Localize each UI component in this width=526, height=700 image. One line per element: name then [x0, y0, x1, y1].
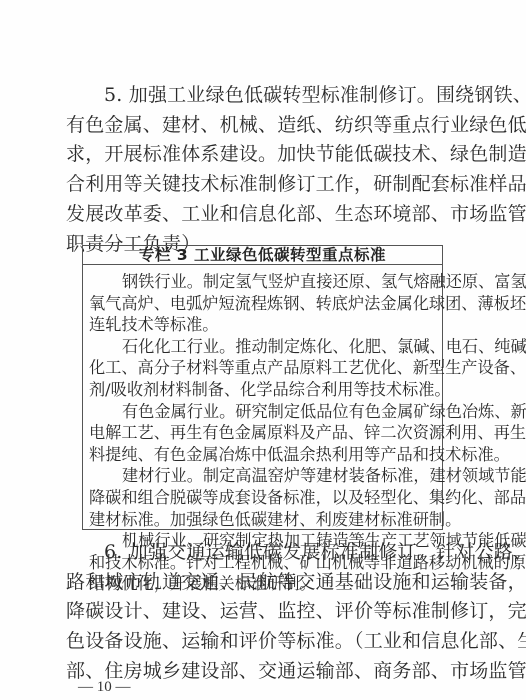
box-item-steel: 钢铁行业。制定氢气竖炉直接还原、氢气熔融还原、富氢高炉、 氧气高炉、电弧炉短流程… [89, 271, 436, 336]
paragraph-line: 5. 加强工业绿色低碳转型标准制修订。围绕钢铁、石化化工、 [66, 81, 454, 111]
paragraph-line: 色设备设施、运输和评价等标准。（工业和信息化部、生态环境 [66, 627, 454, 657]
item-line: 化工、高分子材料等重点产品原料工艺优化、新型生产设备、吸附 [89, 357, 436, 379]
item-line: 降碳和组合脱碳等成套设备标准，以及轻型化、集约化、部品化等 [89, 487, 436, 509]
paragraph-line: 6. 加强交通运输低碳发展标准制修订。针对公路、水运、铁 [66, 538, 454, 568]
item-line: 钢铁行业。制定氢气竖炉直接还原、氢气熔融还原、富氢高炉、 [89, 271, 436, 293]
paragraph-line: 合利用等关键技术标准制修订工作，研制配套标准样品。（国家 [66, 170, 454, 200]
paragraph-line: 求，开展标准体系建设。加快节能低碳技术、绿色制造、资源综 [66, 140, 454, 170]
item-line: 电解工艺、再生有色金属原料及产品、锌二次资源利用、再生硅原 [89, 422, 436, 444]
section-5-paragraph: 5. 加强工业绿色低碳转型标准制修订。围绕钢铁、石化化工、 有色金属、建材、机械… [66, 81, 454, 259]
item-line: 料提纯、有色金属冶炼中低温余热利用等产品和技术标准。 [89, 444, 436, 466]
box-item-petrochemical: 石化化工行业。推动制定炼化、化肥、氯碱、电石、纯碱、磷 化工、高分子材料等重点产… [89, 336, 436, 401]
paragraph-line: 发展改革委、工业和信息化部、生态环境部、市场监管总局等按 [66, 200, 454, 230]
item-line: 建材标准。加强绿色低碳建材、利废建材标准研制。 [89, 509, 436, 531]
item-line: 连轧技术等标准。 [89, 314, 436, 336]
paragraph-line: 路和城市轨道交通、民航等交通基础设施和运输装备，开展节能 [66, 568, 454, 598]
box-item-nonferrous-metals: 有色金属行业。研究制定低品位有色金属矿绿色冶炼、新型铝 电解工艺、再生有色金属原… [89, 401, 436, 466]
feature-box: 专栏 3 工业绿色低碳转型重点标准 钢铁行业。制定氢气竖炉直接还原、氢气熔融还原… [82, 245, 443, 530]
paragraph-line: 有色金属、建材、机械、造纸、纺织等重点行业绿色低碳转型要 [66, 111, 454, 141]
item-line: 剂/吸收剂材料制备、化学品综合利用等技术标准。 [89, 379, 436, 401]
section-6-paragraph: 6. 加强交通运输低碳发展标准制修订。针对公路、水运、铁 路和城市轨道交通、民航… [66, 538, 454, 687]
paragraph-line: 降碳设计、建设、运营、监控、评价等标准制修订，完善物流绿 [66, 597, 454, 627]
item-line: 有色金属行业。研究制定低品位有色金属矿绿色冶炼、新型铝 [89, 401, 436, 423]
item-line: 石化化工行业。推动制定炼化、化肥、氯碱、电石、纯碱、磷 [89, 336, 436, 358]
document-page: 5. 加强工业绿色低碳转型标准制修订。围绕钢铁、石化化工、 有色金属、建材、机械… [0, 0, 526, 700]
item-line: 氧气高炉、电弧炉短流程炼钢、转底炉法金属化球团、薄板坯连铸 [89, 293, 436, 315]
feature-box-title: 专栏 3 工业绿色低碳转型重点标准 [83, 246, 442, 265]
box-item-building-materials: 建材行业。制定高温窑炉等建材装备标准，建材领域节能减污 降碳和组合脱碳等成套设备… [89, 465, 436, 530]
item-line: 建材行业。制定高温窑炉等建材装备标准，建材领域节能减污 [89, 465, 436, 487]
page-number: — 10 — [78, 678, 131, 696]
